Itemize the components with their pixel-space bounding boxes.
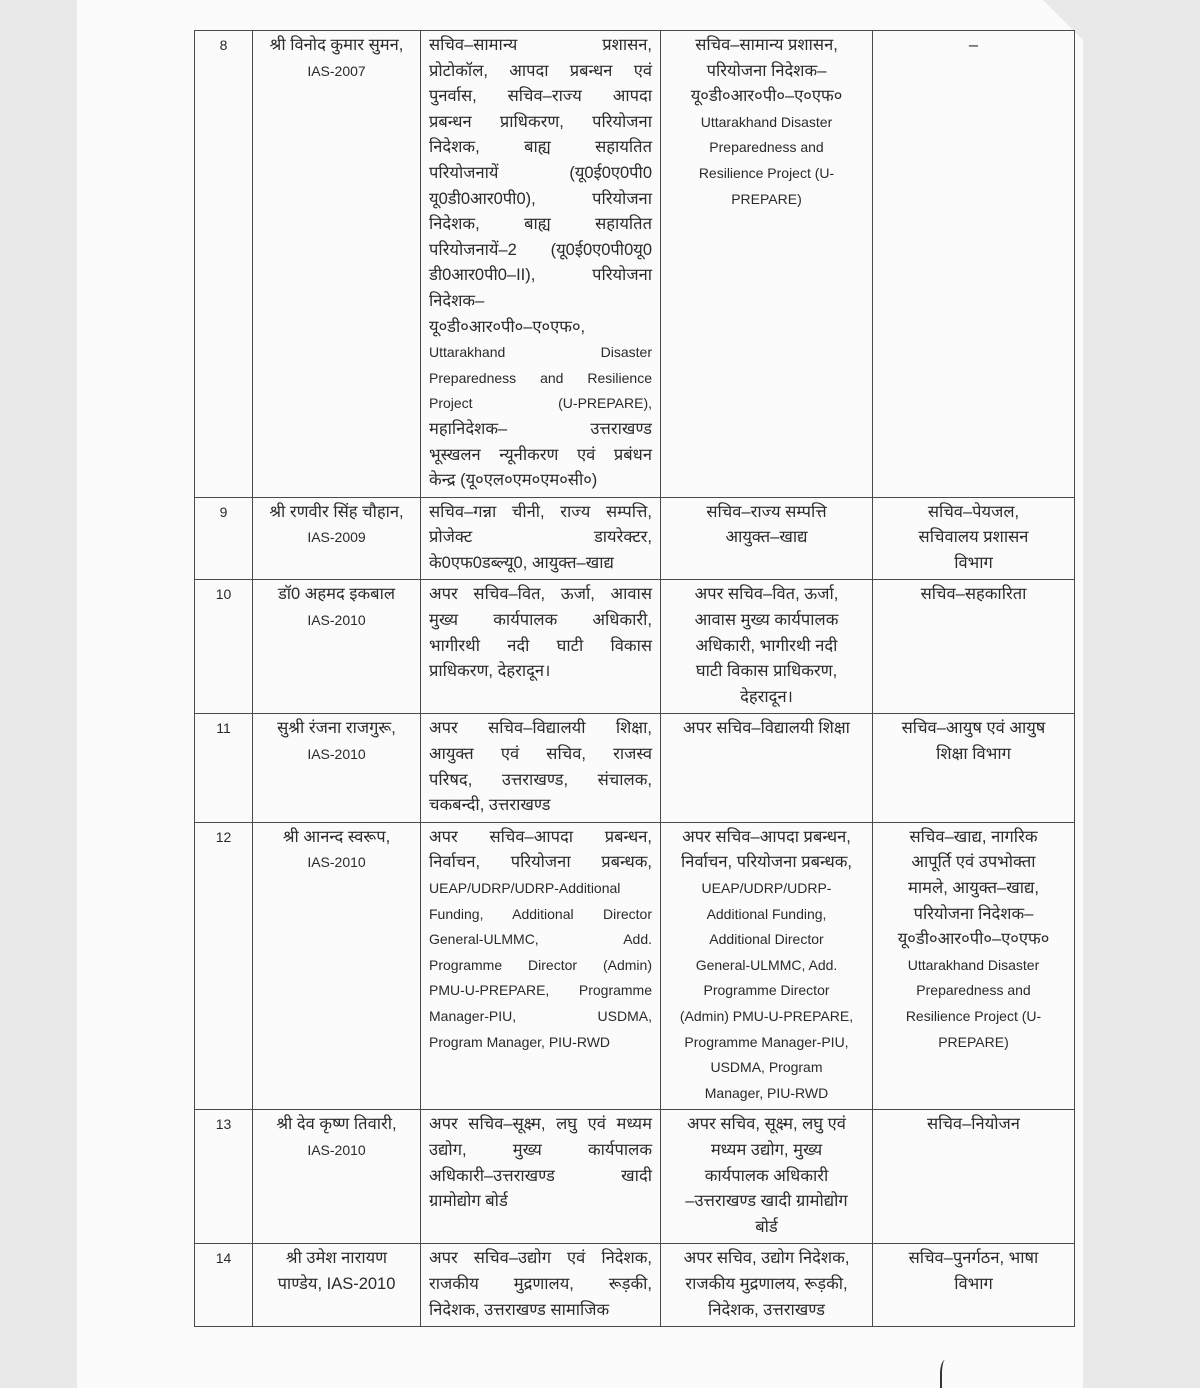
cell-line: Preparedness and — [669, 135, 864, 161]
cell-line: सचिव–खाद्य, नागरिक — [881, 825, 1066, 851]
table-row: 13श्री देव कृष्ण तिवारी,IAS-2010अपर सचिव… — [195, 1110, 1075, 1244]
cell-line: परियोजना निदेशक– — [669, 59, 864, 85]
cell-line: सचिव–नियोजन — [881, 1112, 1066, 1138]
retained-posts: अपर सचिव–आपदा प्रबन्धन,निर्वाचन, परियोजन… — [661, 822, 873, 1110]
cell-line: सचिव–आयुष एवं आयुष — [881, 716, 1066, 742]
cell-line: बोर्ड — [669, 1215, 864, 1241]
retained-posts: अपर सचिव–वित, ऊर्जा,आवास मुख्य कार्यपालक… — [661, 580, 873, 714]
officer-name: श्री उमेश नारायणपाण्डेय, IAS-2010 — [253, 1244, 421, 1327]
officer-name: श्री रणवीर सिंह चौहान,IAS-2009 — [253, 497, 421, 580]
new-posts: सचिव–नियोजन — [873, 1110, 1075, 1244]
retained-posts: सचिव–सामान्य प्रशासन,परियोजना निदेशक–यू०… — [661, 31, 873, 498]
cell-line: सचिव–सामान्य प्रशासन, — [669, 33, 864, 59]
cell-line: सचिव–पुनर्गठन, भाषा — [881, 1246, 1066, 1272]
retained-posts: सचिव–राज्य सम्पत्तिआयुक्त–खाद्य — [661, 497, 873, 580]
cell-line: श्री उमेश नारायण — [261, 1246, 412, 1272]
serial-number: 8 — [195, 31, 253, 498]
cell-line: विभाग — [881, 1272, 1066, 1298]
officer-name: श्री देव कृष्ण तिवारी,IAS-2010 — [253, 1110, 421, 1244]
cell-line: निर्वाचन, परियोजना प्रबन्धक, — [429, 850, 652, 876]
serial-number: 14 — [195, 1244, 253, 1327]
cell-line: चकबन्दी, उत्तराखण्ड — [429, 793, 652, 819]
cell-line: आयुक्त एवं सचिव, राजस्व — [429, 742, 652, 768]
cell-line: मुख्य कार्यपालक अधिकारी, — [429, 608, 652, 634]
cell-line: भूस्खलन न्यूनीकरण एवं प्रबंधन — [429, 443, 652, 469]
officer-name: श्री विनोद कुमार सुमन,IAS-2007 — [253, 31, 421, 498]
cell-line: General-ULMMC, Add. — [669, 953, 864, 979]
cell-line: Preparedness and Resilience — [429, 366, 652, 392]
cell-line: निदेशक, उत्तराखण्ड — [669, 1298, 864, 1324]
cell-line: अपर सचिव–वित, ऊर्जा, आवास — [429, 582, 652, 608]
cell-line: PREPARE) — [881, 1030, 1066, 1056]
cell-line: Additional Director — [669, 927, 864, 953]
cell-line: परियोजनायें–2 (यू0ई0ए0पी0यू0 — [429, 238, 652, 264]
cell-line: विभाग — [881, 551, 1066, 577]
cell-line: कार्यपालक अधिकारी — [669, 1164, 864, 1190]
cell-line: IAS-2007 — [261, 59, 412, 85]
cell-line: मध्यम उद्योग, मुख्य — [669, 1138, 864, 1164]
cell-line: Resilience Project (U- — [881, 1004, 1066, 1030]
cell-line: निदेशक, उत्तराखण्ड सामाजिक — [429, 1298, 652, 1324]
cell-line: यू0डी0आर0पी0), परियोजना — [429, 187, 652, 213]
cell-line: अधिकारी, भागीरथी नदी — [669, 634, 864, 660]
table-row: 9श्री रणवीर सिंह चौहान,IAS-2009सचिव–गन्न… — [195, 497, 1075, 580]
cell-line: प्रोजेक्ट डायरेक्टर, — [429, 525, 652, 551]
current-posts: अपर सचिव–उद्योग एवं निदेशक,राजकीय मुद्रण… — [421, 1244, 661, 1327]
cell-line: निदेशक, बाह्य सहायतित — [429, 212, 652, 238]
serial-number: 13 — [195, 1110, 253, 1244]
cell-line: यू०डी०आर०पी०–ए०एफ० — [669, 84, 864, 110]
cell-line: परियोजनायें (यू0ई0ए0पी0 — [429, 161, 652, 187]
cell-line: Programme Director (Admin) — [429, 953, 652, 979]
cell-line: IAS-2010 — [261, 850, 412, 876]
cell-line: आपूर्ति एवं उपभोक्ता — [881, 850, 1066, 876]
cell-line: Preparedness and — [881, 978, 1066, 1004]
cell-line: सचिव–गन्ना चीनी, राज्य सम्पत्ति, — [429, 500, 652, 526]
cell-line: देहरादून। — [669, 685, 864, 711]
transfer-table: 8श्री विनोद कुमार सुमन,IAS-2007सचिव–सामा… — [194, 30, 1075, 1327]
cell-line: सुश्री रंजना राजगुरू, — [261, 716, 412, 742]
new-posts: सचिव–सहकारिता — [873, 580, 1075, 714]
cell-line: राजकीय मुद्रणालय, रूड़की, — [429, 1272, 652, 1298]
cell-line: General-ULMMC, Add. — [429, 927, 652, 953]
cell-line: अपर सचिव–विद्यालयी शिक्षा, — [429, 716, 652, 742]
current-posts: अपर सचिव–आपदा प्रबन्धन,निर्वाचन, परियोजन… — [421, 822, 661, 1110]
current-posts: अपर सचिव–विद्यालयी शिक्षा,आयुक्त एवं सचि… — [421, 714, 661, 822]
table-body: 8श्री विनोद कुमार सुमन,IAS-2007सचिव–सामा… — [195, 31, 1075, 1327]
cell-line: पाण्डेय, IAS-2010 — [261, 1272, 412, 1298]
cell-line: सचिव–राज्य सम्पत्ति — [669, 500, 864, 526]
cell-line: PMU-U-PREPARE, Programme — [429, 978, 652, 1004]
cell-line: श्री रणवीर सिंह चौहान, — [261, 500, 412, 526]
serial-number: 11 — [195, 714, 253, 822]
cell-line: Project (U-PREPARE), — [429, 391, 652, 417]
cell-line: Manager-PIU, USDMA, — [429, 1004, 652, 1030]
cell-line: आवास मुख्य कार्यपालक — [669, 608, 864, 634]
new-posts: सचिव–खाद्य, नागरिकआपूर्ति एवं उपभोक्तामा… — [873, 822, 1075, 1110]
cell-line: अपर सचिव, उद्योग निदेशक, — [669, 1246, 864, 1272]
cell-line: प्रबन्धन प्राधिकरण, परियोजना — [429, 110, 652, 136]
cell-line: राजकीय मुद्रणालय, रूड़की, — [669, 1272, 864, 1298]
cell-line: Program Manager, PIU-RWD — [429, 1030, 652, 1056]
cell-line: Uttarakhand Disaster — [429, 340, 652, 366]
table-row: 10डॉ0 अहमद इकबालIAS-2010अपर सचिव–वित, ऊर… — [195, 580, 1075, 714]
cell-line: UEAP/UDRP/UDRP- — [669, 876, 864, 902]
cell-line: श्री देव कृष्ण तिवारी, — [261, 1112, 412, 1138]
cell-line: Programme Manager-PIU, — [669, 1030, 864, 1056]
signature-mark — [940, 1360, 950, 1388]
cell-line: केन्द्र (यू०एल०एम०एम०सी०) — [429, 468, 652, 494]
cell-line: UEAP/UDRP/UDRP-Additional — [429, 876, 652, 902]
officer-name: डॉ0 अहमद इकबालIAS-2010 — [253, 580, 421, 714]
cell-line: पुनर्वास, सचिव–राज्य आपदा — [429, 84, 652, 110]
cell-line: Uttarakhand Disaster — [669, 110, 864, 136]
table-row: 12श्री आनन्द स्वरूप,IAS-2010अपर सचिव–आपद… — [195, 822, 1075, 1110]
cell-line: डी0आर0पी0–II), परियोजना — [429, 263, 652, 289]
officer-name: सुश्री रंजना राजगुरू,IAS-2010 — [253, 714, 421, 822]
cell-line: Uttarakhand Disaster — [881, 953, 1066, 979]
current-posts: अपर सचिव–सूक्ष्म, लघु एवं मध्यमउद्योग, म… — [421, 1110, 661, 1244]
cell-line: सचिव–सहकारिता — [881, 582, 1066, 608]
new-posts: सचिव–पुनर्गठन, भाषाविभाग — [873, 1244, 1075, 1327]
cell-line: Resilience Project (U- — [669, 161, 864, 187]
cell-line: परिषद, उत्तराखण्ड, संचालक, — [429, 768, 652, 794]
table-row: 14श्री उमेश नारायणपाण्डेय, IAS-2010अपर स… — [195, 1244, 1075, 1327]
cell-line: आयुक्त–खाद्य — [669, 525, 864, 551]
cell-line: यू०डी०आर०पी०–ए०एफ० — [881, 927, 1066, 953]
cell-line: उद्योग, मुख्य कार्यपालक — [429, 1138, 652, 1164]
serial-number: 10 — [195, 580, 253, 714]
cell-line: परियोजना निदेशक– — [881, 902, 1066, 928]
cell-line: डॉ0 अहमद इकबाल — [261, 582, 412, 608]
cell-line: घाटी विकास प्राधिकरण, — [669, 659, 864, 685]
cell-line: (Admin) PMU-U-PREPARE, — [669, 1004, 864, 1030]
cell-line: श्री विनोद कुमार सुमन, — [261, 33, 412, 59]
cell-line: शिक्षा विभाग — [881, 742, 1066, 768]
cell-line: महानिदेशक– उत्तराखण्ड — [429, 417, 652, 443]
current-posts: अपर सचिव–वित, ऊर्जा, आवासमुख्य कार्यपालक… — [421, 580, 661, 714]
cell-line: अपर सचिव–वित, ऊर्जा, — [669, 582, 864, 608]
cell-line: अपर सचिव–विद्यालयी शिक्षा — [669, 716, 864, 742]
table-row: 8श्री विनोद कुमार सुमन,IAS-2007सचिव–सामा… — [195, 31, 1075, 498]
cell-line: निर्वाचन, परियोजना प्रबन्धक, — [669, 850, 864, 876]
retained-posts: अपर सचिव–विद्यालयी शिक्षा — [661, 714, 873, 822]
cell-line: निदेशक– — [429, 289, 652, 315]
cell-line: अधिकारी–उत्तराखण्ड खादी — [429, 1164, 652, 1190]
cell-line: अपर सचिव–उद्योग एवं निदेशक, — [429, 1246, 652, 1272]
cell-line: अपर सचिव, सूक्ष्म, लघु एवं — [669, 1112, 864, 1138]
current-posts: सचिव–गन्ना चीनी, राज्य सम्पत्ति,प्रोजेक्… — [421, 497, 661, 580]
cell-line: के0एफ0डब्ल्यू0, आयुक्त–खाद्य — [429, 551, 652, 577]
cell-line: – — [881, 33, 1066, 59]
cell-line: सचिव–सामान्य प्रशासन, — [429, 33, 652, 59]
new-posts: सचिव–पेयजल,सचिवालय प्रशासनविभाग — [873, 497, 1075, 580]
cell-line: USDMA, Program — [669, 1055, 864, 1081]
table-row: 11सुश्री रंजना राजगुरू,IAS-2010अपर सचिव–… — [195, 714, 1075, 822]
cell-line: सचिव–पेयजल, — [881, 500, 1066, 526]
cell-line: IAS-2010 — [261, 742, 412, 768]
cell-line: सचिवालय प्रशासन — [881, 525, 1066, 551]
cell-line: निदेशक, बाह्य सहायतित — [429, 135, 652, 161]
officer-name: श्री आनन्द स्वरूप,IAS-2010 — [253, 822, 421, 1110]
cell-line: प्रोटोकॉल, आपदा प्रबन्धन एवं — [429, 59, 652, 85]
cell-line: IAS-2010 — [261, 1138, 412, 1164]
cell-line: भागीरथी नदी घाटी विकास — [429, 634, 652, 660]
cell-line: Manager, PIU-RWD — [669, 1081, 864, 1107]
current-posts: सचिव–सामान्य प्रशासन,प्रोटोकॉल, आपदा प्र… — [421, 31, 661, 498]
cell-line: IAS-2010 — [261, 608, 412, 634]
cell-line: श्री आनन्द स्वरूप, — [261, 825, 412, 851]
serial-number: 9 — [195, 497, 253, 580]
cell-line: मामले, आयुक्त–खाद्य, — [881, 876, 1066, 902]
cell-line: अपर सचिव–सूक्ष्म, लघु एवं मध्यम — [429, 1112, 652, 1138]
cell-line: Additional Funding, — [669, 902, 864, 928]
cell-line: PREPARE) — [669, 187, 864, 213]
serial-number: 12 — [195, 822, 253, 1110]
cell-line: Funding, Additional Director — [429, 902, 652, 928]
retained-posts: अपर सचिव, सूक्ष्म, लघु एवंमध्यम उद्योग, … — [661, 1110, 873, 1244]
cell-line: अपर सचिव–आपदा प्रबन्धन, — [429, 825, 652, 851]
new-posts: सचिव–आयुष एवं आयुषशिक्षा विभाग — [873, 714, 1075, 822]
cell-line: –उत्तराखण्ड खादी ग्रामोद्योग — [669, 1189, 864, 1215]
new-posts: – — [873, 31, 1075, 498]
retained-posts: अपर सचिव, उद्योग निदेशक,राजकीय मुद्रणालय… — [661, 1244, 873, 1327]
cell-line: यू०डी०आर०पी०–ए०एफ०, — [429, 315, 652, 341]
cell-line: ग्रामोद्योग बोर्ड — [429, 1189, 652, 1215]
cell-line: प्राधिकरण, देहरादून। — [429, 659, 652, 685]
cell-line: IAS-2009 — [261, 525, 412, 551]
cell-line: Programme Director — [669, 978, 864, 1004]
cell-line: अपर सचिव–आपदा प्रबन्धन, — [669, 825, 864, 851]
